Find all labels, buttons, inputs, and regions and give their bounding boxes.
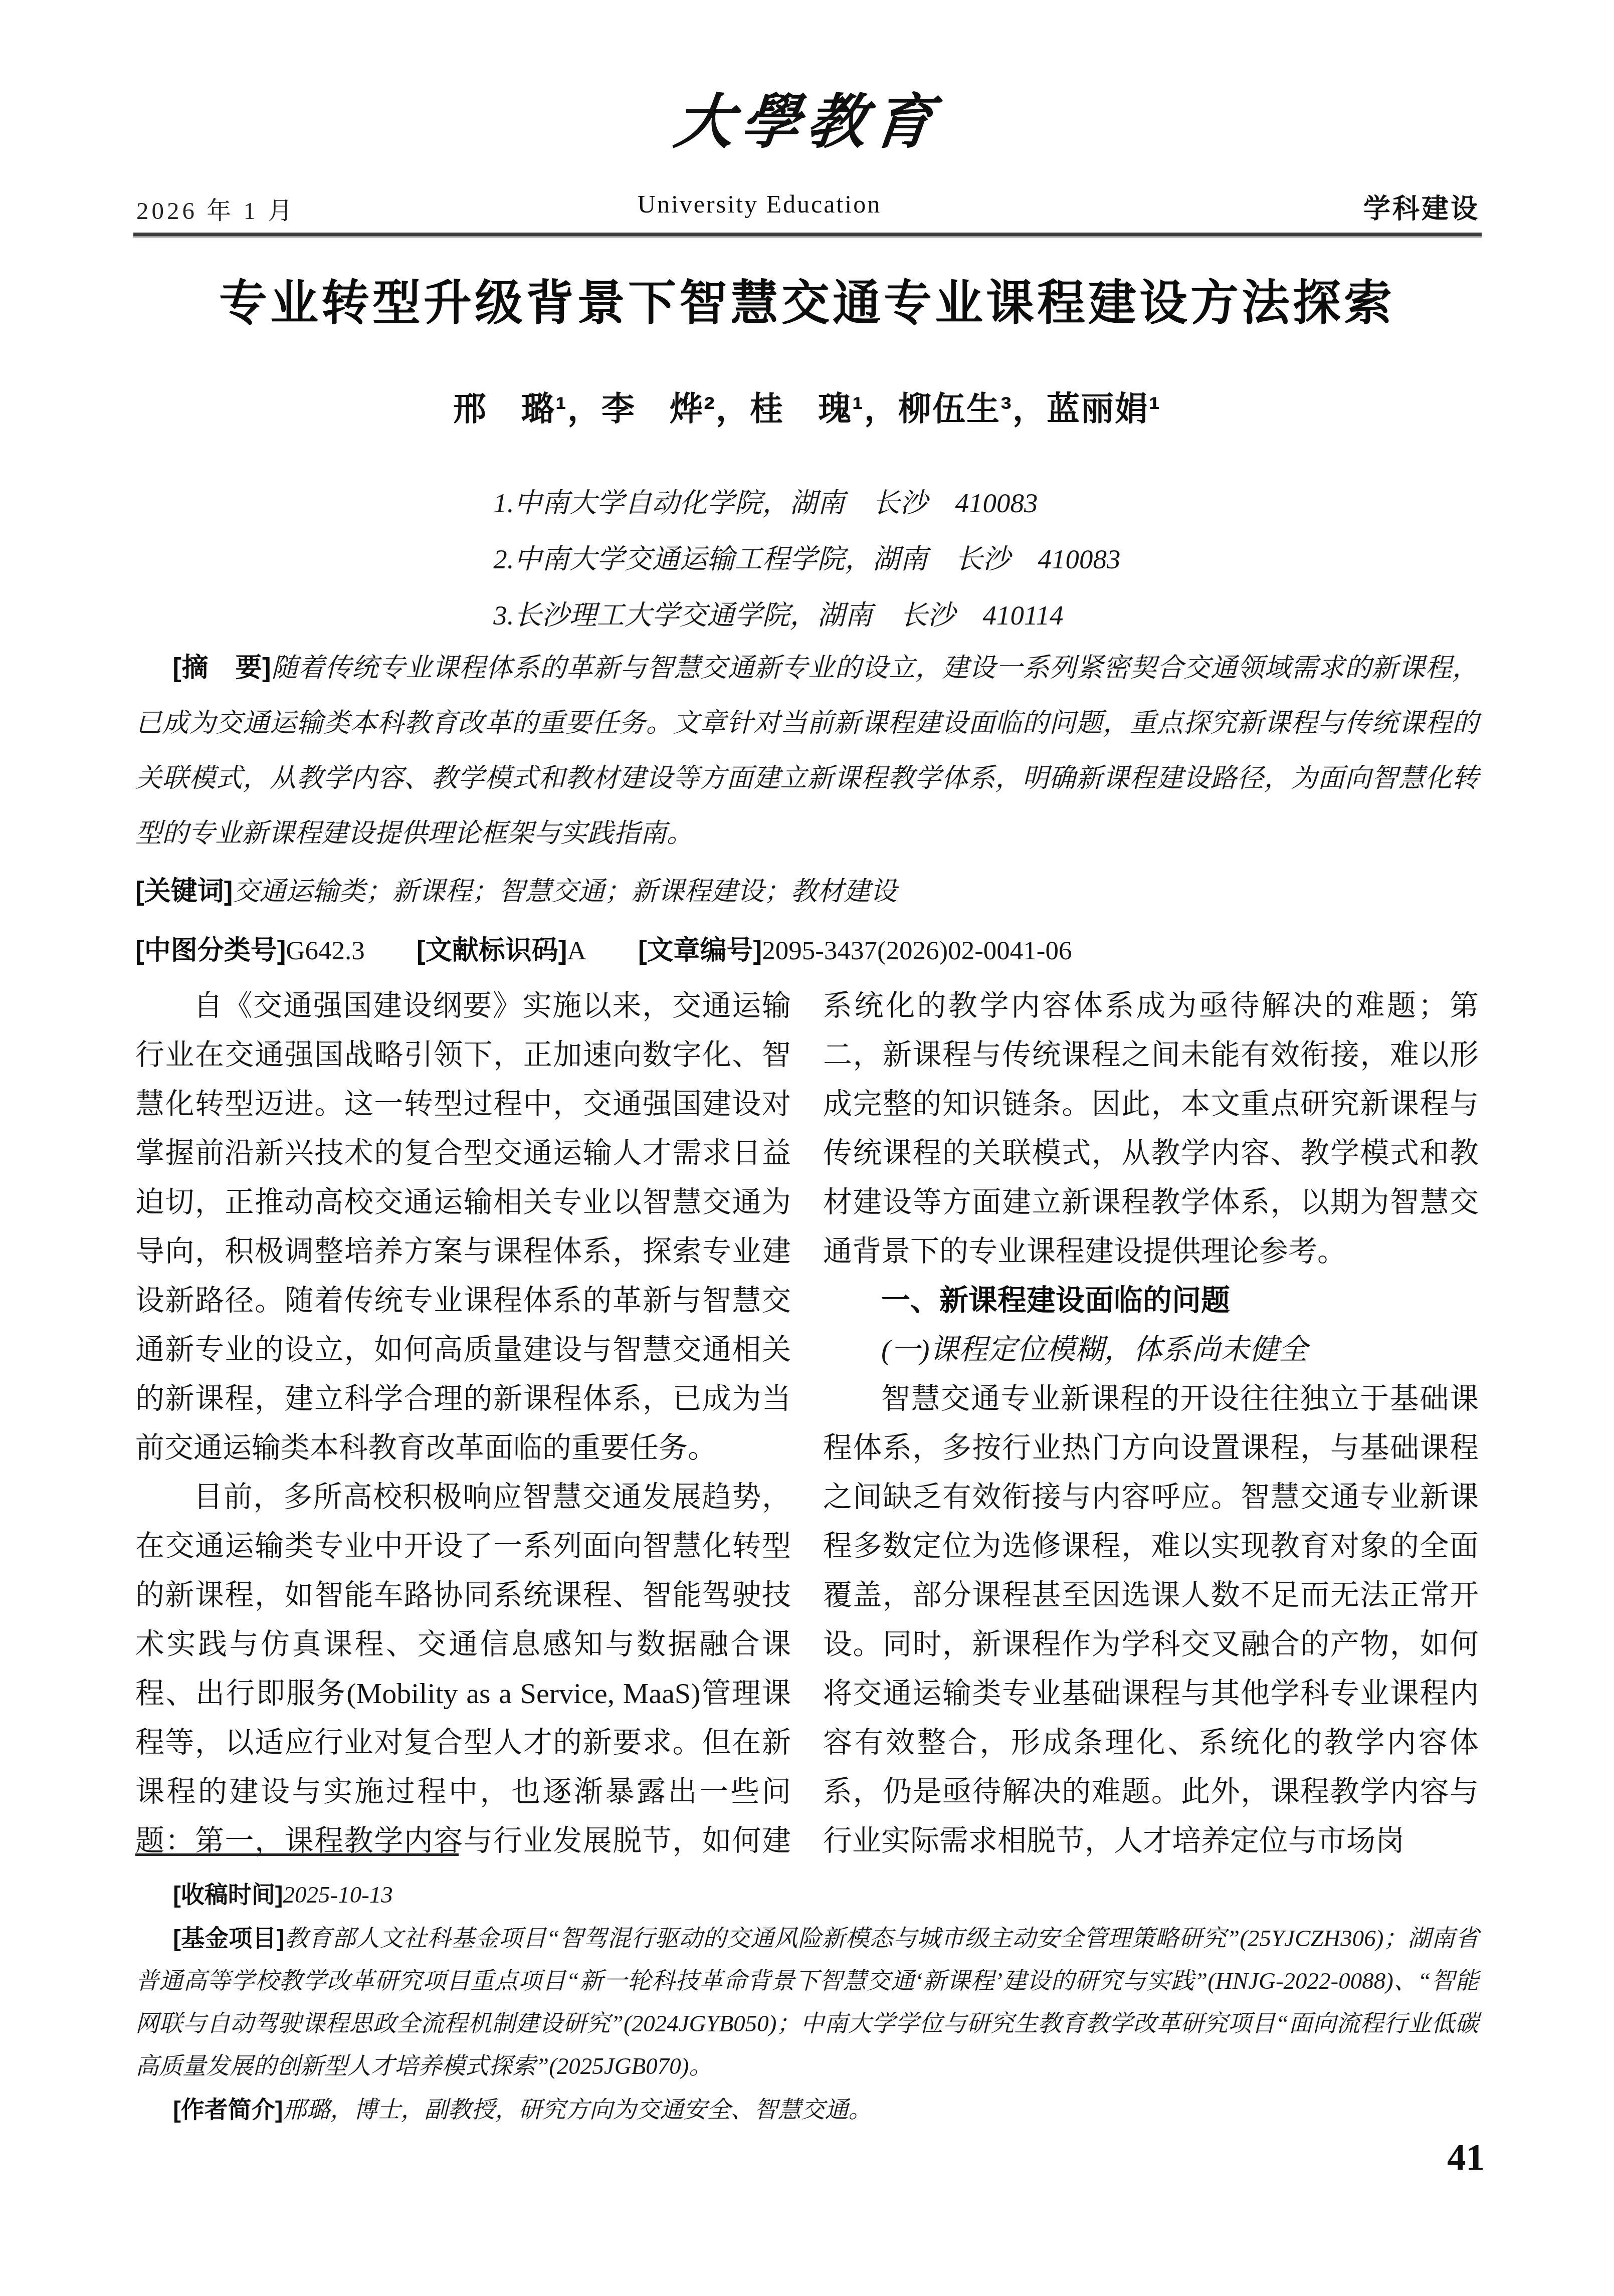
- header-divider-rule: [133, 233, 1482, 238]
- section-heading-1: 一、新课程建设面临的问题: [823, 1276, 1479, 1325]
- author-bio-text: 邢璐，博士，副教授，研究方向为交通安全、智慧交通。: [283, 2097, 872, 2123]
- journal-name-english: University Education: [0, 189, 1566, 219]
- received-label: [收稿时间]: [173, 1881, 283, 1908]
- article-title: 专业转型升级背景下智慧交通专业课程建设方法探索: [0, 265, 1614, 333]
- left-column: 自《交通强国建设纲要》实施以来，交通运输行业在交通强国战略引领下，正加速向数字化…: [135, 981, 791, 1867]
- abstract-label: [摘 要]: [172, 653, 271, 683]
- funding-label: [基金项目]: [173, 1925, 284, 1951]
- keywords-text: 交通运输类；新课程；智慧交通；新课程建设；教材建设: [233, 877, 897, 906]
- body-paragraph: 自《交通强国建设纲要》实施以来，交通运输行业在交通强国战略引领下，正加速向数字化…: [135, 981, 791, 1473]
- footnote-received: [收稿时间]2025-10-13: [135, 1873, 1479, 1917]
- body-paragraph: 智慧交通专业新课程的开设往往独立于基础课程体系，多按行业热门方向设置课程，与基础…: [823, 1374, 1479, 1865]
- page-number: 41: [1447, 2136, 1485, 2179]
- footnote-author-bio: [作者简介]邢璐，博士，副教授，研究方向为交通安全、智慧交通。: [135, 2088, 1479, 2132]
- article-meta: [摘 要]随着传统专业课程体系的革新与智慧交通新专业的设立，建设一系列紧密契合交…: [135, 641, 1479, 978]
- doc-code-label: [文献标识码]: [417, 936, 567, 965]
- affiliation-3: 3.长沙理工大学交通学院，湖南 长沙 410114: [493, 587, 1120, 644]
- author-bio-label: [作者简介]: [173, 2096, 283, 2123]
- classification-line: [中图分类号]G642.3 [文献标识码]A [文章编号]2095-3437(2…: [135, 923, 1479, 978]
- funding-text: 教育部人文社科基金项目“智驾混行驱动的交通风险新模态与城市级主动安全管理策略研究…: [135, 1926, 1479, 2079]
- received-text: 2025-10-13: [283, 1882, 393, 1908]
- keywords-paragraph: [关键词]交通运输类；新课程；智慧交通；新课程建设；教材建设: [135, 864, 1479, 919]
- authors-line: 邢 璐¹，李 烨²，桂 瑰¹，柳伍生³，蓝丽娟¹: [0, 382, 1614, 430]
- affiliations-block: 1.中南大学自动化学院，湖南 长沙 410083 2.中南大学交通运输工程学院，…: [0, 475, 1614, 644]
- affiliation-1: 1.中南大学自动化学院，湖南 长沙 410083: [493, 475, 1120, 531]
- footnote-funding: [基金项目]教育部人文社科基金项目“智驾混行驱动的交通风险新模态与城市级主动安全…: [135, 1917, 1479, 2088]
- body-paragraph: 目前，多所高校积极响应智慧交通发展趋势，在交通运输类专业中开设了一系列面向智慧化…: [135, 1473, 791, 1867]
- journal-article-page: 大學教育 2026 年 1 月 University Education 学科建…: [0, 0, 1614, 2296]
- journal-logo-calligraphy: 大學教育: [0, 84, 1614, 159]
- doc-code-value: A: [567, 936, 586, 965]
- clc-value: G642.3: [286, 936, 365, 965]
- body-columns: 自《交通强国建设纲要》实施以来，交通运输行业在交通强国战略引领下，正加速向数字化…: [135, 981, 1479, 1867]
- abstract-paragraph: [摘 要]随着传统专业课程体系的革新与智慧交通新专业的设立，建设一系列紧密契合交…: [135, 641, 1479, 861]
- footnote-divider-rule: [135, 1853, 459, 1856]
- clc-label: [中图分类号]: [135, 936, 286, 965]
- article-no-label: [文章编号]: [638, 936, 762, 965]
- article-no-value: 2095-3437(2026)02-0041-06: [762, 936, 1072, 965]
- keywords-label: [关键词]: [135, 877, 233, 906]
- affiliation-2: 2.中南大学交通运输工程学院，湖南 长沙 410083: [493, 531, 1120, 587]
- body-paragraph-continuation: 系统化的教学内容体系成为亟待解决的难题；第二，新课程与传统课程之间未能有效衔接，…: [823, 981, 1479, 1276]
- subsection-heading-1-1: (一)课程定位模糊，体系尚未健全: [823, 1325, 1479, 1374]
- footnotes-block: [收稿时间]2025-10-13 [基金项目]教育部人文社科基金项目“智驾混行驱…: [135, 1853, 1479, 2132]
- right-column: 系统化的教学内容体系成为亟待解决的难题；第二，新课程与传统课程之间未能有效衔接，…: [823, 981, 1479, 1867]
- abstract-text: 随着传统专业课程体系的革新与智慧交通新专业的设立，建设一系列紧密契合交通领域需求…: [135, 654, 1479, 848]
- section-label: 学科建设: [1363, 187, 1480, 226]
